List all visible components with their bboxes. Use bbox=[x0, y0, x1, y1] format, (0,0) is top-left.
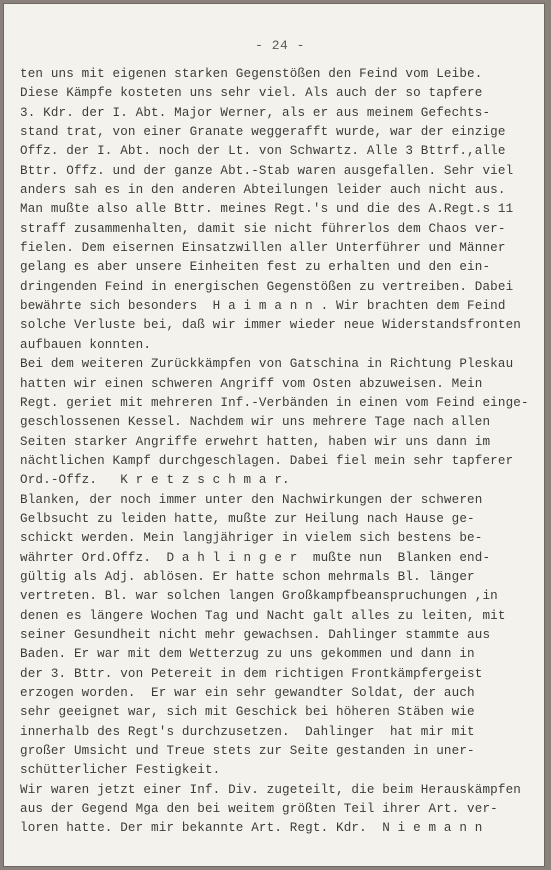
text-line: hatten wir einen schweren Angriff vom Os… bbox=[20, 375, 540, 394]
text-line: Bttr. Offz. und der ganze Abt.-Stab ware… bbox=[20, 162, 540, 181]
text-line: schickt werden. Mein langjähriger in vie… bbox=[20, 529, 540, 548]
page-number: - 24 - bbox=[4, 38, 544, 53]
text-line: stand trat, von einer Granate weggerafft… bbox=[20, 123, 540, 142]
text-line: Baden. Er war mit dem Wetterzug zu uns g… bbox=[20, 645, 540, 664]
text-line: nächtlichen Kampf durchgeschlagen. Dabei… bbox=[20, 452, 540, 471]
text-line: Wir waren jetzt einer Inf. Div. zugeteil… bbox=[20, 781, 540, 800]
text-line: gültig als Adj. ablösen. Er hatte schon … bbox=[20, 568, 540, 587]
text-line: innerhalb des Regt's durchzusetzen. Dahl… bbox=[20, 723, 540, 742]
text-line: vertreten. Bl. war solchen langen Großka… bbox=[20, 587, 540, 606]
text-line: Man mußte also alle Bttr. meines Regt.'s… bbox=[20, 200, 540, 219]
text-line: großer Umsicht und Treue stets zur Seite… bbox=[20, 742, 540, 761]
text-line: Gelbsucht zu leiden hatte, mußte zur Hei… bbox=[20, 510, 540, 529]
text-line: dringenden Feind in energischen Gegenstö… bbox=[20, 278, 540, 297]
text-line: fielen. Dem eisernen Einsatzwillen aller… bbox=[20, 239, 540, 258]
text-line: loren hatte. Der mir bekannte Art. Regt.… bbox=[20, 819, 540, 838]
text-line: erzogen worden. Er war ein sehr gewandte… bbox=[20, 684, 540, 703]
text-line: solche Verluste bei, daß wir immer wiede… bbox=[20, 316, 540, 335]
text-line: denen es längere Wochen Tag und Nacht ga… bbox=[20, 607, 540, 626]
text-line: schütterlicher Festigkeit. bbox=[20, 761, 540, 780]
text-line: Ord.-Offz. K r e t z s c h m a r. bbox=[20, 471, 540, 490]
text-line: anders sah es in den anderen Abteilungen… bbox=[20, 181, 540, 200]
text-line: aufbauen konnten. bbox=[20, 336, 540, 355]
text-line: der 3. Bttr. von Petereit in dem richtig… bbox=[20, 665, 540, 684]
text-line: 3. Kdr. der I. Abt. Major Werner, als er… bbox=[20, 104, 540, 123]
text-line: währter Ord.Offz. D a h l i n g e r mußt… bbox=[20, 549, 540, 568]
text-line: aus der Gegend Mga den bei weitem größte… bbox=[20, 800, 540, 819]
text-line: Seiten starker Angriffe erwehrt hatten, … bbox=[20, 433, 540, 452]
text-line: Bei dem weiteren Zurückkämpfen von Gatsc… bbox=[20, 355, 540, 374]
document-page: - 24 - ten uns mit eigenen starken Gegen… bbox=[3, 3, 545, 867]
text-line: sehr geeignet war, sich mit Geschick bei… bbox=[20, 703, 540, 722]
text-line: ten uns mit eigenen starken Gegenstößen … bbox=[20, 65, 540, 84]
text-line: Offz. der I. Abt. noch der Lt. von Schwa… bbox=[20, 142, 540, 161]
text-line: geschlossenen Kessel. Nachdem wir uns me… bbox=[20, 413, 540, 432]
text-line: gelang es aber unsere Einheiten fest zu … bbox=[20, 258, 540, 277]
text-line: Blanken, der noch immer unter den Nachwi… bbox=[20, 491, 540, 510]
text-line: Regt. geriet mit mehreren Inf.-Verbänden… bbox=[20, 394, 540, 413]
text-line: bewährte sich besonders H a i m a n n . … bbox=[20, 297, 540, 316]
text-line: Diese Kämpfe kosteten uns sehr viel. Als… bbox=[20, 84, 540, 103]
body-text: ten uns mit eigenen starken Gegenstößen … bbox=[20, 65, 540, 839]
text-line: straff zusammenhalten, damit sie nicht f… bbox=[20, 220, 540, 239]
text-line: seiner Gesundheit nicht mehr gewachsen. … bbox=[20, 626, 540, 645]
